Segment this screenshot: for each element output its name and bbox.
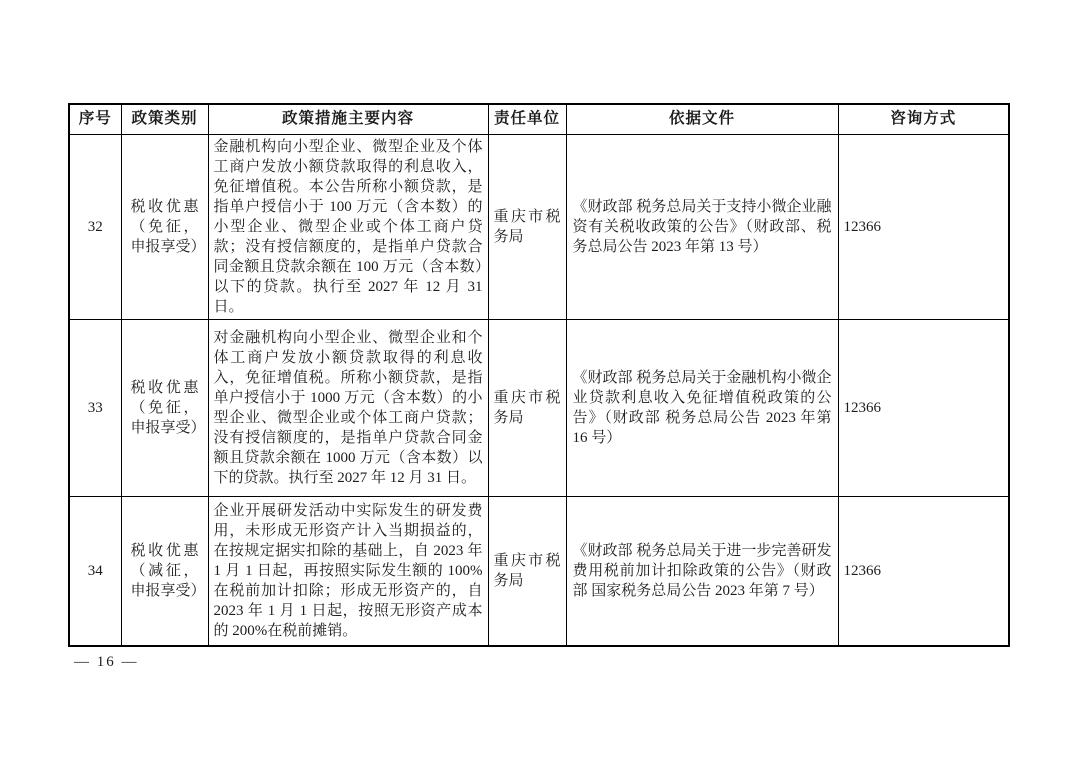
column-header-contact: 咨询方式 [838,104,1009,134]
cell-responsible-unit: 重庆市税务局 [488,496,566,646]
cell-policy-category: 税收优惠（免征，申报享受） [121,134,208,319]
column-header-category: 政策类别 [121,104,208,134]
cell-contact-method: 12366 [838,134,1009,319]
cell-serial-number: 34 [69,496,121,646]
column-header-unit: 责任单位 [488,104,566,134]
cell-basis-document: 《财政部 税务总局关于金融机构小微企业贷款利息收入免征增值税政策的公告》（财政部… [566,319,838,496]
cell-policy-content: 企业开展研发活动中实际发生的研发费用，未形成无形资产计入当期损益的，在按规定据实… [208,496,488,646]
column-header-content: 政策措施主要内容 [208,104,488,134]
cell-contact-method: 12366 [838,319,1009,496]
column-header-basis: 依据文件 [566,104,838,134]
cell-basis-document: 《财政部 税务总局关于进一步完善研发费用税前加计扣除政策的公告》（财政部 国家税… [566,496,838,646]
table-row: 32 税收优惠（免征，申报享受） 金融机构向小型企业、微型企业及个体工商户发放小… [69,134,1009,319]
policy-table-container: 序号 政策类别 政策措施主要内容 责任单位 依据文件 咨询方式 32 税收优惠（… [68,103,1008,647]
document-page: 序号 政策类别 政策措施主要内容 责任单位 依据文件 咨询方式 32 税收优惠（… [0,0,1074,757]
page-number: — 16 — [74,654,139,671]
cell-policy-category: 税收优惠（免征，申报享受） [121,319,208,496]
cell-policy-content: 金融机构向小型企业、微型企业及个体工商户发放小额贷款取得的利息收入，免征增值税。… [208,134,488,319]
cell-serial-number: 32 [69,134,121,319]
cell-responsible-unit: 重庆市税务局 [488,319,566,496]
cell-basis-document: 《财政部 税务总局关于支持小微企业融资有关税收政策的公告》（财政部、税务总局公告… [566,134,838,319]
table-row: 33 税收优惠（免征，申报享受） 对金融机构向小型企业、微型企业和个体工商户发放… [69,319,1009,496]
cell-serial-number: 33 [69,319,121,496]
table-row: 34 税收优惠（减征，申报享受） 企业开展研发活动中实际发生的研发费用，未形成无… [69,496,1009,646]
cell-responsible-unit: 重庆市税务局 [488,134,566,319]
cell-contact-method: 12366 [838,496,1009,646]
table-header-row: 序号 政策类别 政策措施主要内容 责任单位 依据文件 咨询方式 [69,104,1009,134]
cell-policy-content: 对金融机构向小型企业、微型企业和个体工商户发放小额贷款取得的利息收入，免征增值税… [208,319,488,496]
policy-table: 序号 政策类别 政策措施主要内容 责任单位 依据文件 咨询方式 32 税收优惠（… [68,103,1010,647]
cell-policy-category: 税收优惠（减征，申报享受） [121,496,208,646]
column-header-no: 序号 [69,104,121,134]
